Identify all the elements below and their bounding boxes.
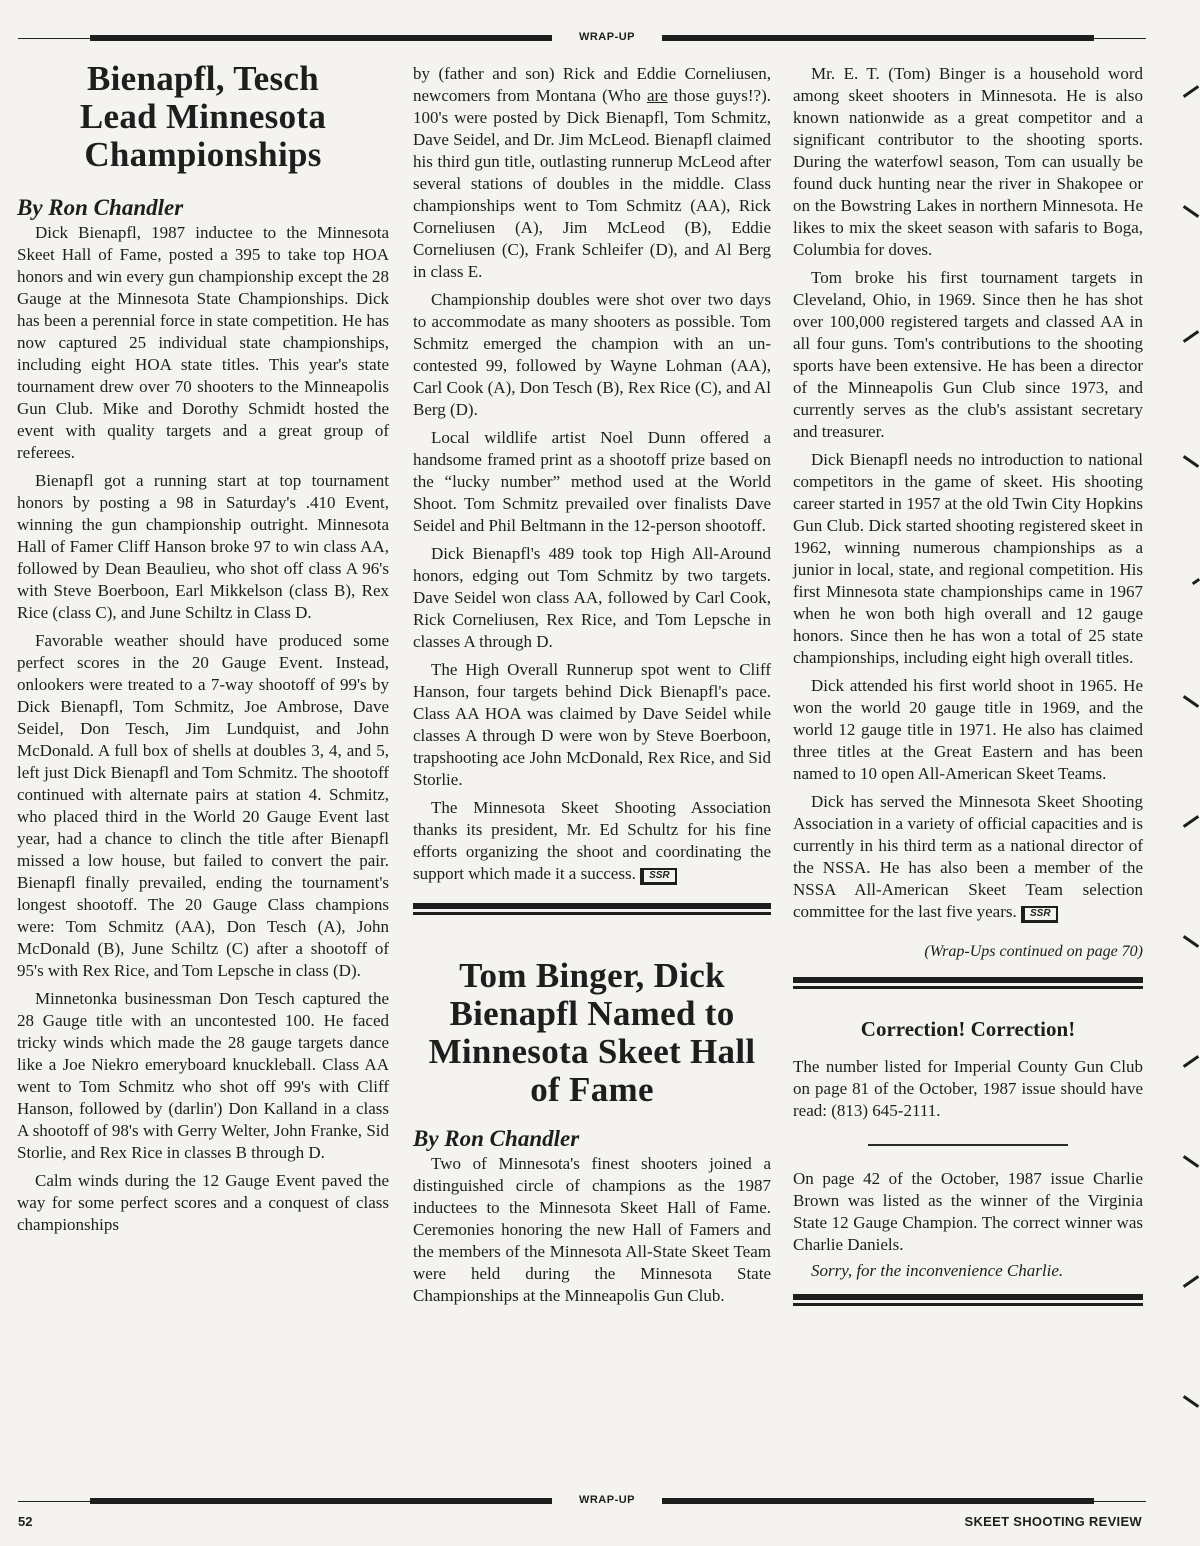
article2-intro: Two of Minnesota's finest shooters joine… — [413, 1153, 771, 1307]
article1-continued-paragraph: The High Overall Runnerup spot went to C… — [413, 659, 771, 791]
correction-paragraph: The number listed for Imperial County Gu… — [793, 1056, 1143, 1122]
article2-headline: Tom Binger, Dick Bienapfl Named to Minne… — [413, 957, 771, 1109]
section-divider — [793, 977, 1143, 989]
article1-continued-paragraph: Championship doubles were shot over two … — [413, 289, 771, 421]
article1-continued-paragraph: The Minnesota Skeet Shooting Association… — [413, 797, 771, 885]
column-1: Bienapfl, Tesch Lead Minnesota Champions… — [17, 60, 389, 1236]
ssr-end-mark-icon: SSR — [1021, 906, 1058, 923]
binding-marks — [1170, 60, 1200, 1480]
correction-apology: Sorry, for the inconvenience Charlie. — [793, 1260, 1143, 1282]
section-footer-rule: WRAP-UP — [18, 1495, 1146, 1509]
column-2: by (father and son) Rick and Eddie Corne… — [413, 63, 771, 1307]
article-divider — [413, 903, 771, 915]
article1-continued-paragraph: Dick Bienapfl's 489 took top High All-Ar… — [413, 543, 771, 653]
article2-paragraph: Mr. E. T. (Tom) Binger is a household wo… — [793, 63, 1143, 261]
article1-headline: Bienapfl, Tesch Lead Minnesota Champions… — [17, 60, 389, 174]
section-label: WRAP-UP — [552, 31, 662, 43]
article1-paragraph: Minnetonka businessman Don Tesch capture… — [17, 988, 389, 1164]
page-number: 52 — [18, 1514, 32, 1529]
article2-paragraph: Dick Bienapfl needs no introduction to n… — [793, 449, 1143, 669]
article1-byline: By Ron Chandler — [17, 194, 389, 222]
article2-byline: By Ron Chandler — [413, 1125, 771, 1153]
article1-continued-paragraph: Local wildlife artist Noel Dunn offered … — [413, 427, 771, 537]
correction-paragraph: On page 42 of the October, 1987 issue Ch… — [793, 1168, 1143, 1256]
section-divider — [793, 1294, 1143, 1306]
article1-paragraph: Dick Bienapfl, 1987 inductee to the Minn… — [17, 222, 389, 464]
correction-title: Correction! Correction! — [793, 1017, 1143, 1042]
short-divider — [868, 1144, 1068, 1146]
section-label: WRAP-UP — [552, 1494, 662, 1506]
article1-paragraph: Favorable weather should have produced s… — [17, 630, 389, 982]
article2-paragraph: Dick attended his first world shoot in 1… — [793, 675, 1143, 785]
emphasis-underline: are — [647, 86, 668, 105]
section-header-rule: WRAP-UP — [18, 32, 1146, 46]
continued-note: (Wrap-Ups continued on page 70) — [793, 943, 1143, 961]
article1-continued-paragraph: by (father and son) Rick and Eddie Corne… — [413, 63, 771, 283]
ssr-end-mark-icon: SSR — [640, 868, 677, 885]
article1-paragraph: Bienapfl got a running start at top tour… — [17, 470, 389, 624]
publication-name: SKEET SHOOTING REVIEW — [965, 1514, 1142, 1529]
column-3: Mr. E. T. (Tom) Binger is a household wo… — [793, 63, 1143, 1306]
article2-paragraph: Tom broke his first tournament targets i… — [793, 267, 1143, 443]
article1-paragraph: Calm winds during the 12 Gauge Event pav… — [17, 1170, 389, 1236]
article2-paragraph: Dick has served the Minnesota Skeet Shoo… — [793, 791, 1143, 923]
